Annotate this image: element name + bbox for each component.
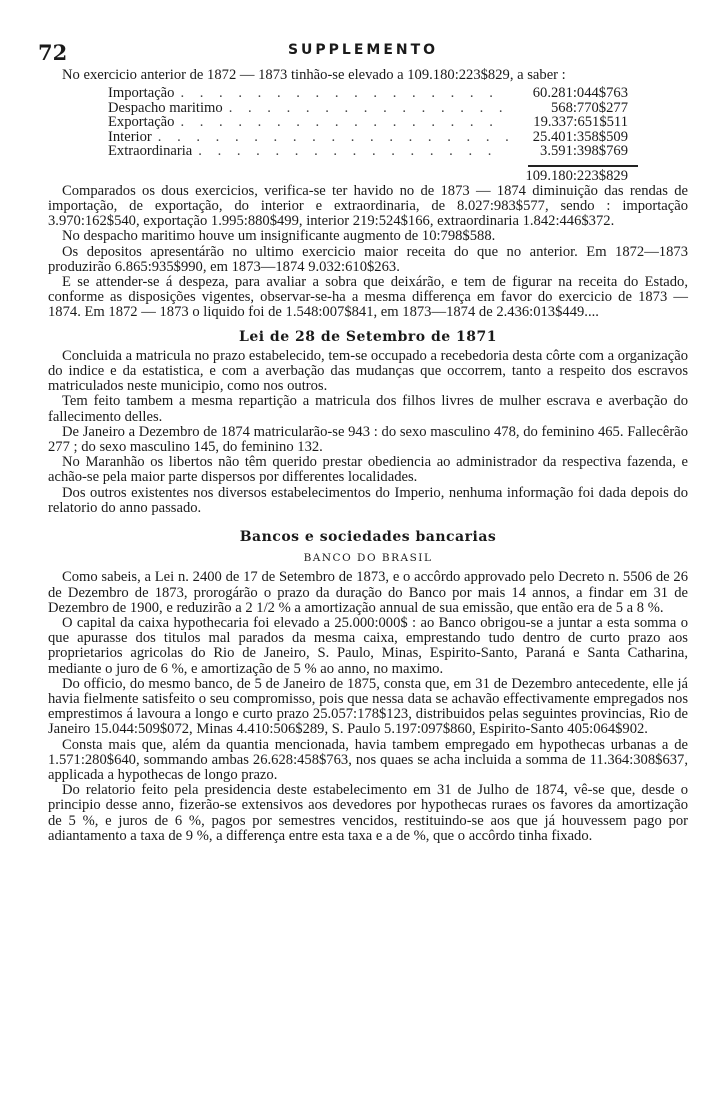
leader-dots: . . . . . . . . . . . . . . . . . . . [192,144,508,159]
paragraph: Os depositos apresentárão no ultimo exer… [48,245,688,275]
revenue-ledger: Importação . . . . . . . . . . . . . . .… [108,86,628,184]
paragraph: Do officio, do mesmo banco, de 5 de Jane… [48,677,688,738]
intro-paragraph: No exercicio anterior de 1872 — 1873 tin… [48,68,688,83]
section-heading-bancos: Bancos e sociedades bancarias [48,530,688,545]
paragraph: Do relatorio feito pela presidencia dest… [48,783,688,844]
leader-dots: . . . . . . . . . . . . . . . . . . . [152,130,508,145]
leader-dots: . . . . . . . . . . . . . . . . . . . [174,115,508,130]
page-header: 72 SUPPLEMENTO [38,40,688,62]
paragraph: Consta mais que, além da quantia mencion… [48,738,688,784]
ledger-row: Exportação . . . . . . . . . . . . . . .… [108,115,628,130]
leader-dots: . . . . . . . . . . . . . . . . . . . [174,86,508,101]
paragraph: Como sabeis, a Lei n. 2400 de 17 de Sete… [48,570,688,616]
paragraph: E se attender-se á despeza, para avaliar… [48,275,688,321]
ledger-value: 60.281:044$763 [508,86,628,101]
total-rule [528,165,638,167]
paragraph: Comparados os dous exercicios, verifica-… [48,184,688,230]
ledger-value: 19.337:651$511 [508,115,628,130]
ledger-value: 3.591:398$769 [508,144,628,159]
ledger-value: 25.401:358$509 [508,130,628,145]
section-heading-lei: Lei de 28 de Setembro de 1871 [48,330,688,345]
paragraph: No Maranhão os libertos não têm querido … [48,455,688,485]
ledger-label: Importação [108,86,174,101]
ledger-row: Extraordinaria . . . . . . . . . . . . .… [108,144,628,159]
ledger-label: Despacho maritimo [108,101,223,116]
paragraph: No despacho maritimo houve um insignific… [48,229,688,244]
page-body: No exercicio anterior de 1872 — 1873 tin… [48,68,688,844]
ledger-label: Interior [108,130,152,145]
ledger-label: Extraordinaria [108,144,192,159]
paragraph: Concluida a matricula no prazo estabelec… [48,349,688,395]
subsection-heading-banco-do-brasil: BANCO DO BRASIL [48,551,688,566]
ledger-label: Exportação [108,115,174,130]
leader-dots: . . . . . . . . . . . . . . . . . . . [223,101,508,116]
running-title: SUPPLEMENTO [38,42,688,58]
ledger-value: 568:770$277 [508,101,628,116]
paragraph: O capital da caixa hypothecaria foi elev… [48,616,688,677]
paragraph: De Janeiro a Dezembro de 1874 matricular… [48,425,688,455]
paragraph: Dos outros existentes nos diversos estab… [48,486,688,516]
document-page: 72 SUPPLEMENTO No exercicio anterior de … [0,0,725,1118]
ledger-row: Despacho maritimo . . . . . . . . . . . … [108,101,628,116]
paragraph: Tem feito tambem a mesma repartição a ma… [48,394,688,424]
ledger-row: Interior . . . . . . . . . . . . . . . .… [108,130,628,145]
ledger-total: 109.180:223$829 [108,169,628,184]
ledger-row: Importação . . . . . . . . . . . . . . .… [108,86,628,101]
